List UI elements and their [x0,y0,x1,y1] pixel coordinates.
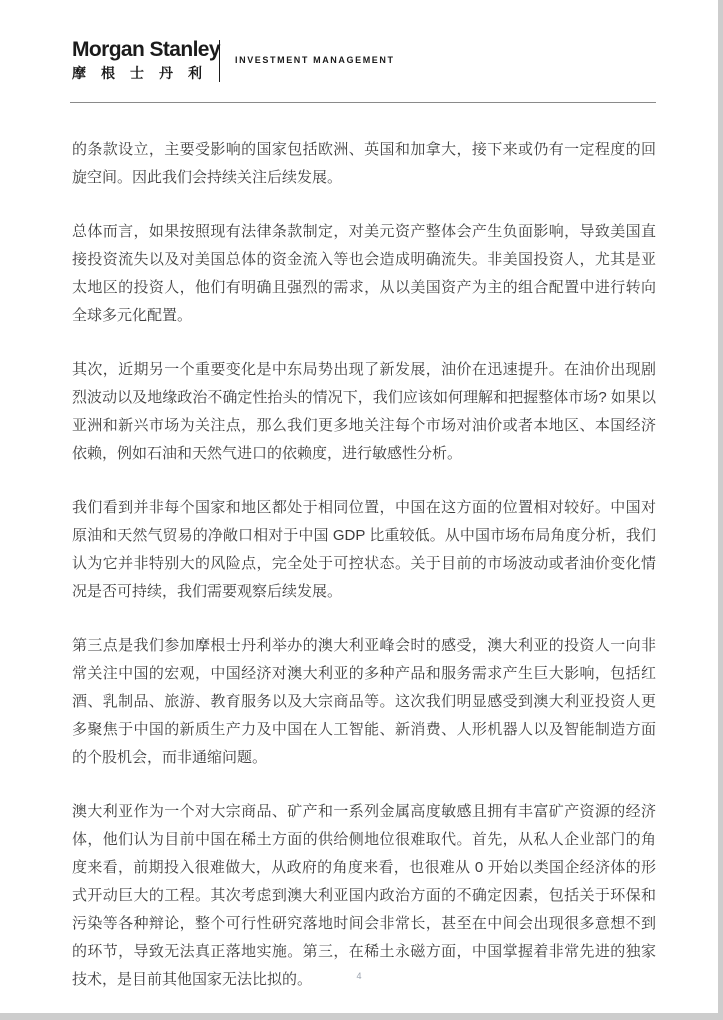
paragraph: 其次，近期另一个重要变化是中东局势出现了新发展，油价在迅速提升。在油价出现剧烈波… [72,356,656,468]
paragraph: 我们看到并非每个国家和地区都处于相同位置，中国在这方面的位置相对较好。中国对原油… [72,494,656,606]
division-label: INVESTMENT MANAGEMENT [235,55,395,65]
page-header: Morgan Stanley 摩根士丹利 INVESTMENT MANAGEME… [0,0,718,103]
brand-name-english: Morgan Stanley [72,38,206,62]
brand-names: Morgan Stanley 摩根士丹利 [72,38,206,83]
brand-name-chinese: 摩根士丹利 [72,63,206,83]
header-rule [70,102,656,103]
brand-logo: Morgan Stanley 摩根士丹利 INVESTMENT MANAGEME… [72,38,651,83]
document-body: 的条款设立，主要受影响的国家包括欧洲、英国和加拿大，接下来或仍有一定程度的回旋空… [72,136,656,994]
paragraph: 澳大利亚作为一个对大宗商品、矿产和一系列金属高度敏感且拥有丰富矿产资源的经济体，… [72,798,656,994]
paragraph: 总体而言，如果按照现有法律条款制定，对美元资产整体会产生负面影响，导致美国直接投… [72,218,656,330]
paragraph: 第三点是我们参加摩根士丹利举办的澳大利亚峰会时的感受，澳大利亚的投资人一向非常关… [72,632,656,772]
document-page: Morgan Stanley 摩根士丹利 INVESTMENT MANAGEME… [0,0,723,1020]
brand-divider-line [219,40,220,82]
paragraph: 的条款设立，主要受影响的国家包括欧洲、英国和加拿大，接下来或仍有一定程度的回旋空… [72,136,656,192]
page-number: 4 [0,971,718,981]
